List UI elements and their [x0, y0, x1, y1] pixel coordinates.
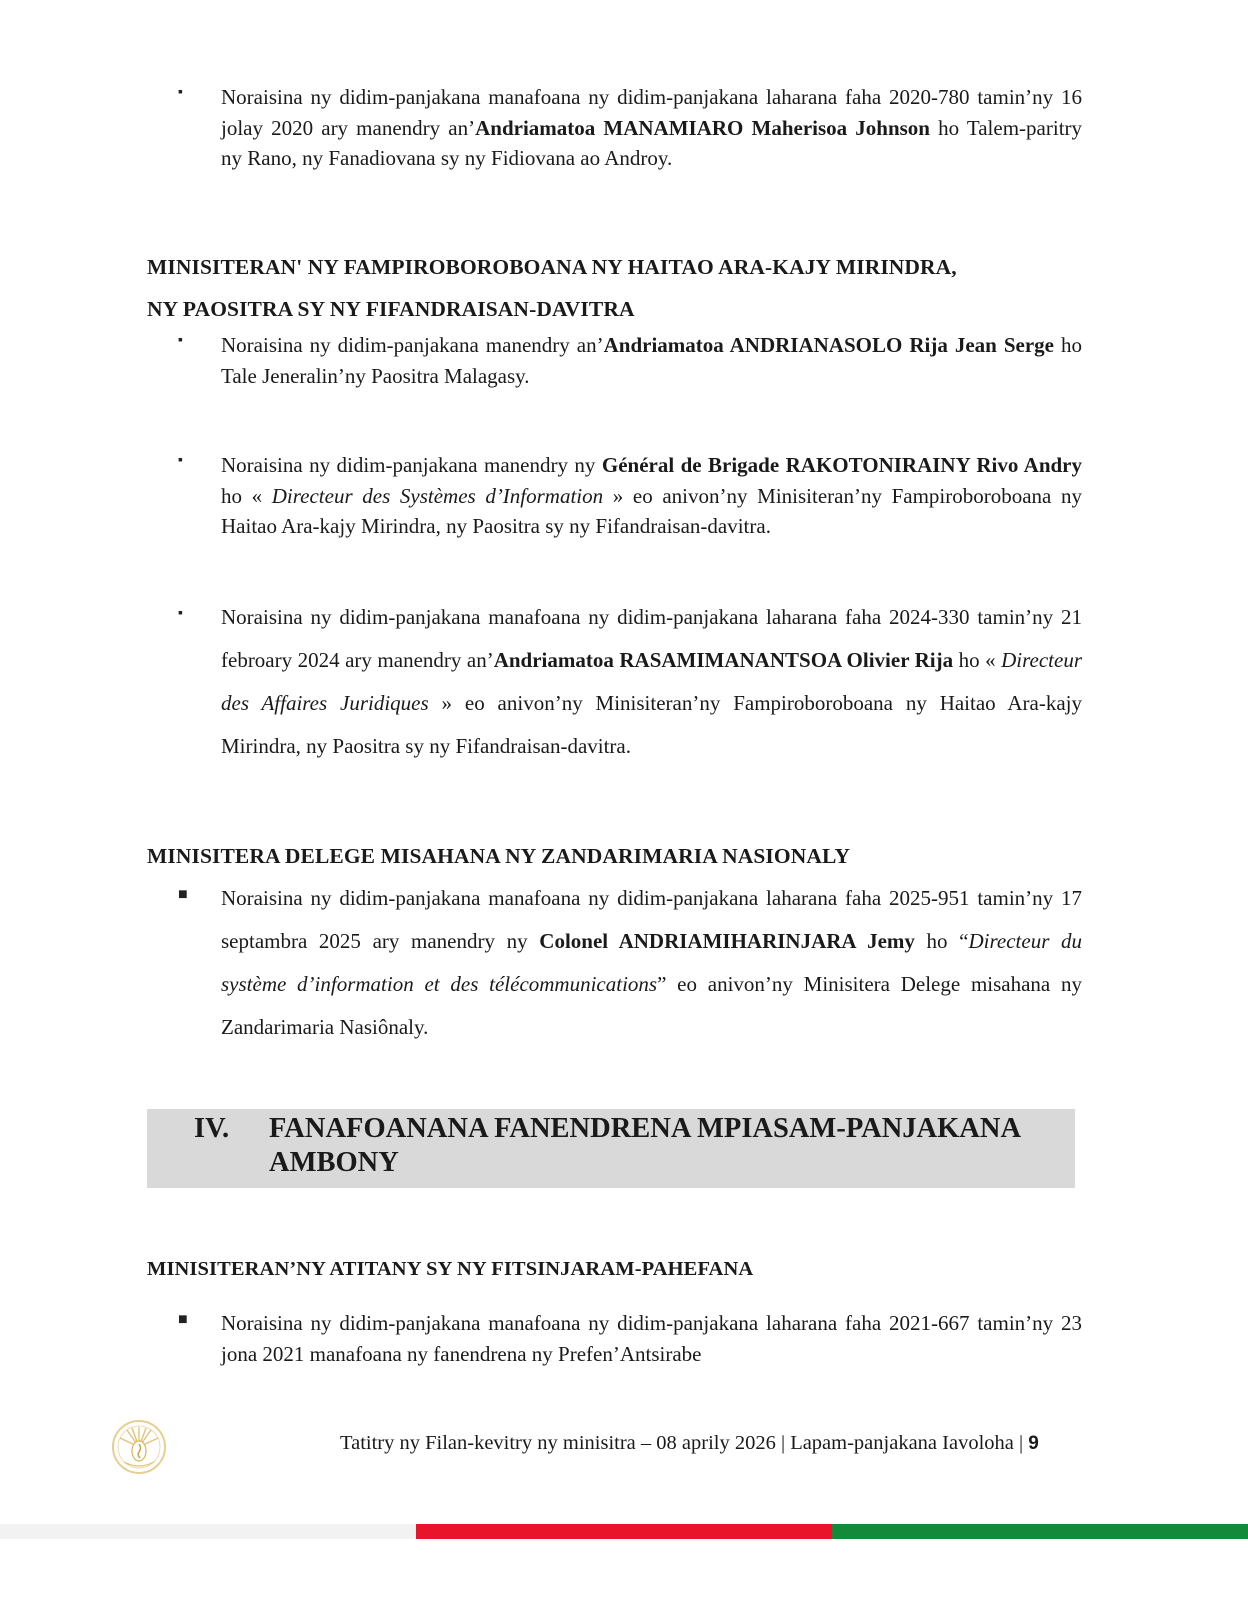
- flag-white-segment: [0, 1524, 416, 1539]
- madagascar-seal-icon: [110, 1418, 168, 1476]
- document-page: ▪ Noraisina ny didim-panjakana manafoana…: [0, 0, 1248, 1600]
- list-item-text: Noraisina ny didim-panjakana manafoana n…: [221, 596, 1082, 768]
- page-number: 9: [1028, 1433, 1039, 1454]
- list-item: ▪ Noraisina ny didim-panjakana manafoana…: [178, 82, 1082, 174]
- list-item-text: Noraisina ny didim-panjakana manendry ny…: [221, 450, 1082, 542]
- bullet-icon: ▪: [178, 453, 198, 469]
- section-heading: MINISITERA DELEGE MISAHANA NY ZANDARIMAR…: [147, 842, 1087, 870]
- bullet-icon: ▪: [178, 606, 198, 622]
- part-heading-band: IV. FANAFOANANA FANENDRENA MPIASAM-PANJA…: [147, 1109, 1075, 1188]
- bullet-icon: ■: [178, 886, 198, 904]
- bullet-icon: ▪: [178, 85, 198, 101]
- footer-text: Tatitry ny Filan-kevitry ny minisitra – …: [340, 1432, 1028, 1454]
- list-item-text: Noraisina ny didim-panjakana manafoana n…: [221, 877, 1082, 1049]
- flag-green-segment: [832, 1524, 1248, 1539]
- bullet-icon: ■: [178, 1311, 198, 1329]
- part-title: FANAFOANANA FANENDRENA MPIASAM-PANJAKANA…: [269, 1112, 1059, 1180]
- heading-line: MINISITERAN' NY FAMPIROBOROBOANA NY HAIT…: [147, 246, 1087, 288]
- list-item-text: Noraisina ny didim-panjakana manafoana n…: [221, 82, 1082, 174]
- list-item: ■ Noraisina ny didim-panjakana manafoana…: [178, 877, 1082, 1049]
- list-item-text: Noraisina ny didim-panjakana manafoana n…: [221, 1308, 1082, 1369]
- section-heading: MINISITERAN' NY FAMPIROBOROBOANA NY HAIT…: [147, 246, 1087, 330]
- list-item-text: Noraisina ny didim-panjakana manendry an…: [221, 330, 1082, 391]
- list-item: ▪ Noraisina ny didim-panjakana manafoana…: [178, 596, 1082, 768]
- flag-red-segment: [416, 1524, 832, 1539]
- heading-line: MINISITERA DELEGE MISAHANA NY ZANDARIMAR…: [147, 842, 1087, 870]
- page-footer: Tatitry ny Filan-kevitry ny minisitra – …: [340, 1432, 1120, 1455]
- flag-stripe: [0, 1524, 1248, 1539]
- list-item: ▪ Noraisina ny didim-panjakana manendry …: [178, 330, 1082, 391]
- section-heading: MINISITERAN’NY ATITANY SY NY FITSINJARAM…: [147, 1256, 1087, 1282]
- list-item: ■ Noraisina ny didim-panjakana manafoana…: [178, 1308, 1082, 1369]
- bullet-icon: ▪: [178, 333, 198, 349]
- heading-line: NY PAOSITRA SY NY FIFANDRAISAN-DAVITRA: [147, 288, 1087, 330]
- part-number: IV.: [194, 1112, 229, 1146]
- list-item: ▪ Noraisina ny didim-panjakana manendry …: [178, 450, 1082, 542]
